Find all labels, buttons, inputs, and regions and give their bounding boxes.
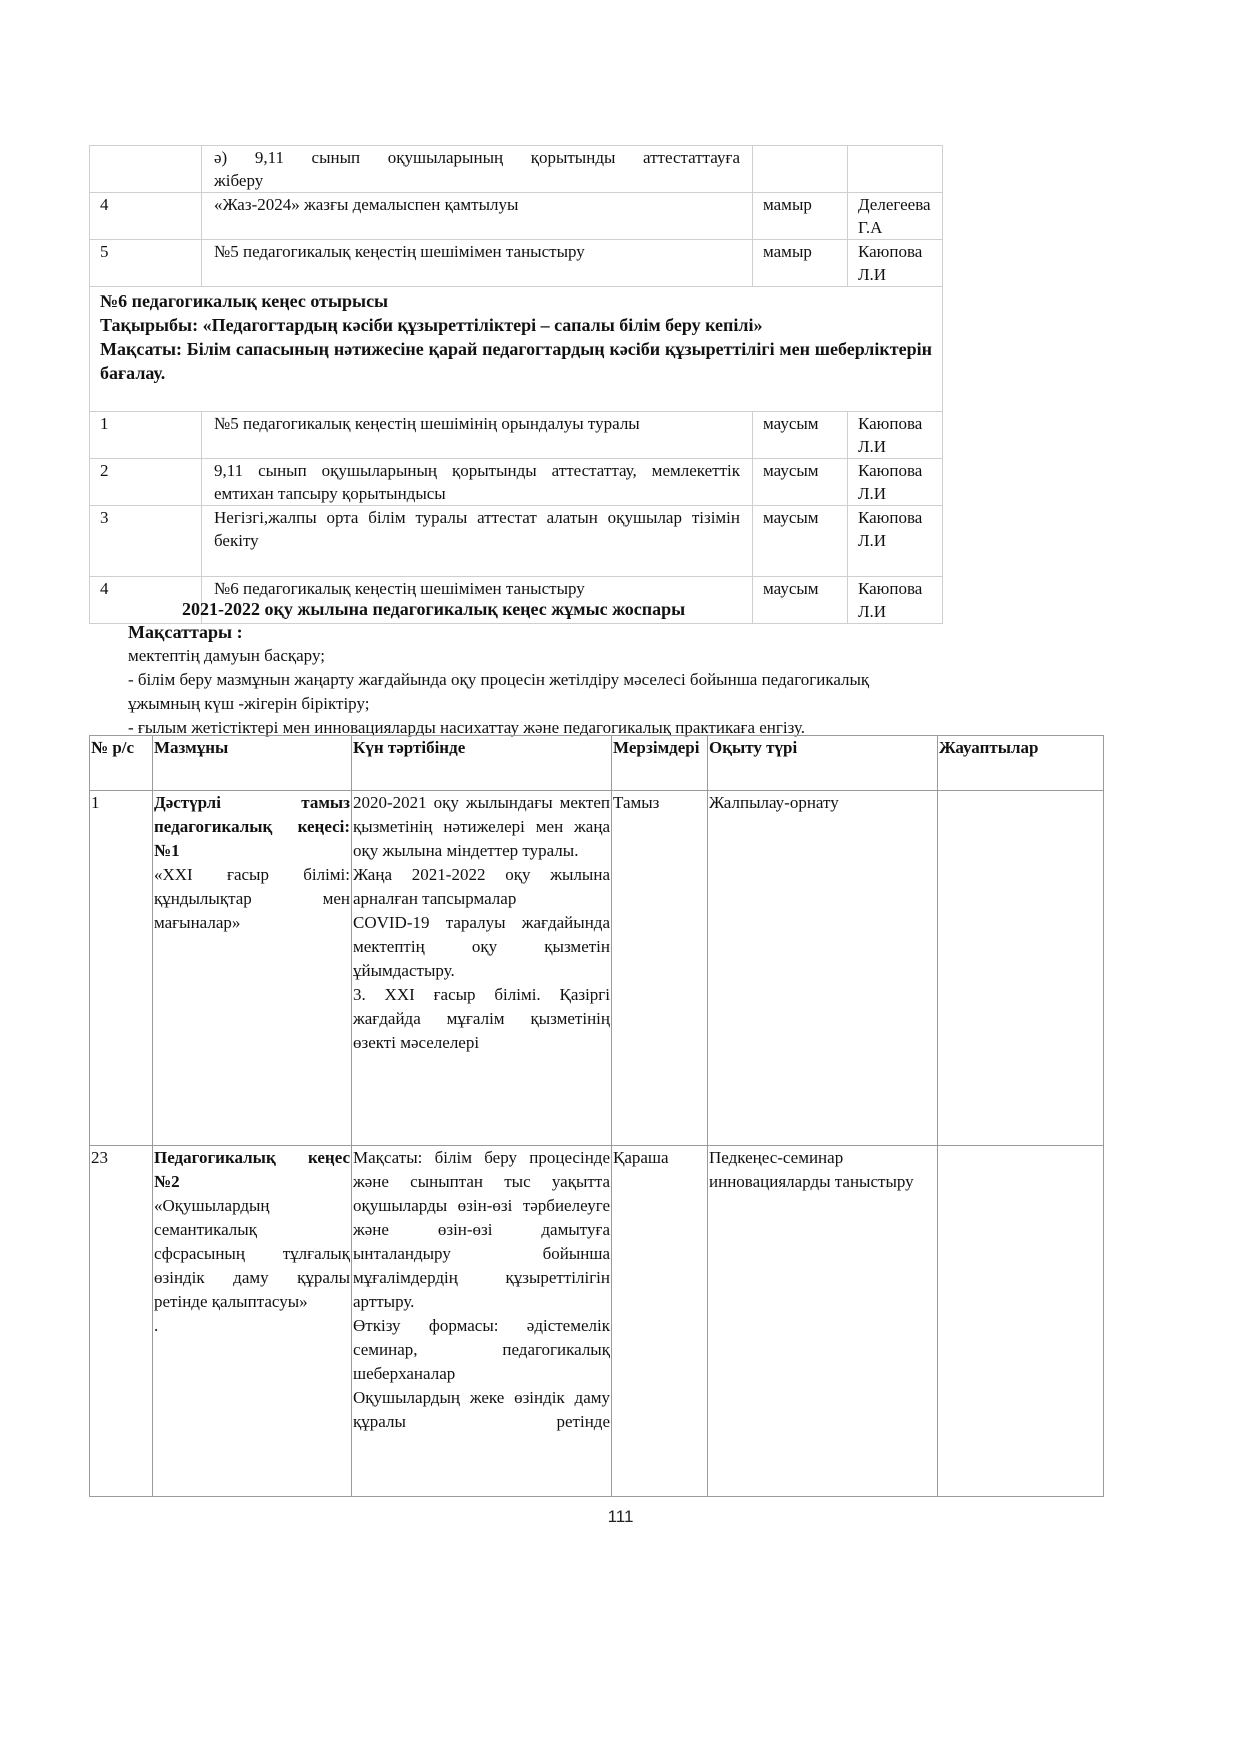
row-month: маусым — [753, 506, 848, 577]
row-text: 9,11 сынып оқушыларының қорытынды аттест… — [202, 459, 753, 506]
goal-item: - білім беру мазмұнын жаңарту жағдайында… — [128, 668, 1088, 692]
row-number: 4 — [90, 193, 202, 240]
section-header-row: №6 педагогикалық кеңес отырысы Тақырыбы:… — [90, 287, 943, 412]
content-extra: . — [154, 1314, 350, 1338]
header-number: № р/с — [90, 736, 153, 791]
row-number: 3 — [90, 506, 202, 577]
row-text: Негізгі,жалпы орта білім туралы аттестат… — [202, 506, 753, 577]
row-text: №5 педагогикалық кеңестің шешімімен таны… — [202, 240, 753, 287]
header-content: Мазмұны — [153, 736, 352, 791]
header-responsible: Жауаптылар — [938, 736, 1104, 791]
section-title: №6 педагогикалық кеңес отырысы — [100, 289, 932, 313]
agenda-item: Оқушылардың жеке өзіндік даму құралы рет… — [353, 1386, 610, 1434]
row-month: мамыр — [753, 240, 848, 287]
row-deadline: Қараша — [612, 1146, 708, 1497]
goal-item: ұжымның күш -жігерін біріктіру; — [128, 692, 1088, 716]
goals-label: Мақсаттары : — [128, 620, 243, 644]
row-deadline: Тамыз — [612, 791, 708, 1146]
table-row: 2 9,11 сынып оқушыларының қорытынды атте… — [90, 459, 943, 506]
agenda-item: COVID-19 таралуы жағдайында мектептің оқ… — [353, 911, 610, 983]
row-number: 1 — [90, 791, 153, 1146]
row-responsible — [938, 1146, 1104, 1497]
header-deadline: Мерзімдері — [612, 736, 708, 791]
agenda-item: Жаңа 2021-2022 оқу жылына арналған тапсы… — [353, 863, 610, 911]
row-agenda: Мақсаты: білім беру процесінде және сыны… — [352, 1146, 612, 1497]
table-row: 23 Педагогикалық кеңес №2 «Оқушылардың с… — [90, 1146, 1104, 1497]
row-agenda: 2020-2021 оқу жылындағы мектеп қызметіні… — [352, 791, 612, 1146]
agenda-item: Өткізу формасы: әдістемелік семинар, пед… — [353, 1314, 610, 1386]
row-text: №5 педагогикалық кеңестің шешімінің орын… — [202, 412, 753, 459]
row-responsible — [938, 791, 1104, 1146]
agenda-item: 2020-2021 оқу жылындағы мектеп қызметіні… — [353, 791, 610, 863]
row-responsible: Каюпова Л.И — [848, 506, 943, 577]
table-header-row: № р/с Мазмұны Күн тәртібінде Мерзімдері … — [90, 736, 1104, 791]
table-row: 3 Негізгі,жалпы орта білім туралы аттест… — [90, 506, 943, 577]
row-month: мамыр — [753, 193, 848, 240]
content-title: Дәстүрлі тамыз педагогикалық кеңесі:№1 — [154, 791, 350, 863]
table-row: 4 «Жаз-2024» жазғы демалыспен қамтылуы м… — [90, 193, 943, 240]
row-content: Дәстүрлі тамыз педагогикалық кеңесі:№1 «… — [153, 791, 352, 1146]
row-month: маусым — [753, 459, 848, 506]
row-responsible: Каюпова Л.И — [848, 459, 943, 506]
row-responsible: Каюпова Л.И — [848, 577, 943, 624]
row-responsible: Каюпова Л.И — [848, 240, 943, 287]
row-responsible: Делегеева Г.А — [848, 193, 943, 240]
row-responsible: Каюпова Л.И — [848, 412, 943, 459]
table-row: 1 №5 педагогикалық кеңестің шешімінің ор… — [90, 412, 943, 459]
row-month: маусым — [753, 577, 848, 624]
goals-list: мектептің дамуын басқару; - білім беру м… — [128, 644, 1088, 740]
page-number: 111 — [0, 1507, 1241, 1527]
section-topic: Тақырыбы: «Педагогтардың кәсіби құзыретт… — [100, 313, 932, 337]
row-text: ә) 9,11 сынып оқушыларының қорытынды атт… — [202, 146, 753, 193]
row-form: Педкеңес-семинар инновацияларды таныстыр… — [708, 1146, 938, 1497]
row-number: 1 — [90, 412, 202, 459]
row-text: «Жаз-2024» жазғы демалыспен қамтылуы — [202, 193, 753, 240]
agenda-item: 3. XXI ғасыр білімі. Қазіргі жағдайда мұ… — [353, 983, 610, 1055]
header-form: Оқыту түрі — [708, 736, 938, 791]
row-month — [753, 146, 848, 193]
row-number: 23 — [90, 1146, 153, 1497]
table-row: ә) 9,11 сынып оқушыларының қорытынды атт… — [90, 146, 943, 193]
row-number: 2 — [90, 459, 202, 506]
row-number: 5 — [90, 240, 202, 287]
content-title: Педагогикалық кеңес №2 — [154, 1146, 350, 1194]
content-text: «XXI ғасыр білімі: құндылықтар мен мағын… — [154, 863, 350, 935]
row-form: Жалпылау-орнату — [708, 791, 938, 1146]
agenda-item: Мақсаты: білім беру процесінде және сыны… — [353, 1146, 610, 1314]
row-responsible — [848, 146, 943, 193]
plan-title: 2021-2022 оқу жылына педагогикалық кеңес… — [182, 597, 685, 621]
council-plan-table: № р/с Мазмұны Күн тәртібінде Мерзімдері … — [89, 735, 1104, 1497]
content-text: «Оқушылардың семантикалық сфсрасының тұл… — [154, 1194, 350, 1314]
section-goal: Мақсаты: Білім сапасының нәтижесіне қара… — [100, 337, 932, 385]
table-row: 1 Дәстүрлі тамыз педагогикалық кеңесі:№1… — [90, 791, 1104, 1146]
row-content: Педагогикалық кеңес №2 «Оқушылардың сема… — [153, 1146, 352, 1497]
header-agenda: Күн тәртібінде — [352, 736, 612, 791]
table-row: 5 №5 педагогикалық кеңестің шешімімен та… — [90, 240, 943, 287]
row-number — [90, 146, 202, 193]
row-month: маусым — [753, 412, 848, 459]
council-6-header: №6 педагогикалық кеңес отырысы Тақырыбы:… — [90, 287, 943, 412]
goal-item: мектептің дамуын басқару; — [128, 644, 1088, 668]
council-continuation-table: ә) 9,11 сынып оқушыларының қорытынды атт… — [89, 145, 943, 624]
